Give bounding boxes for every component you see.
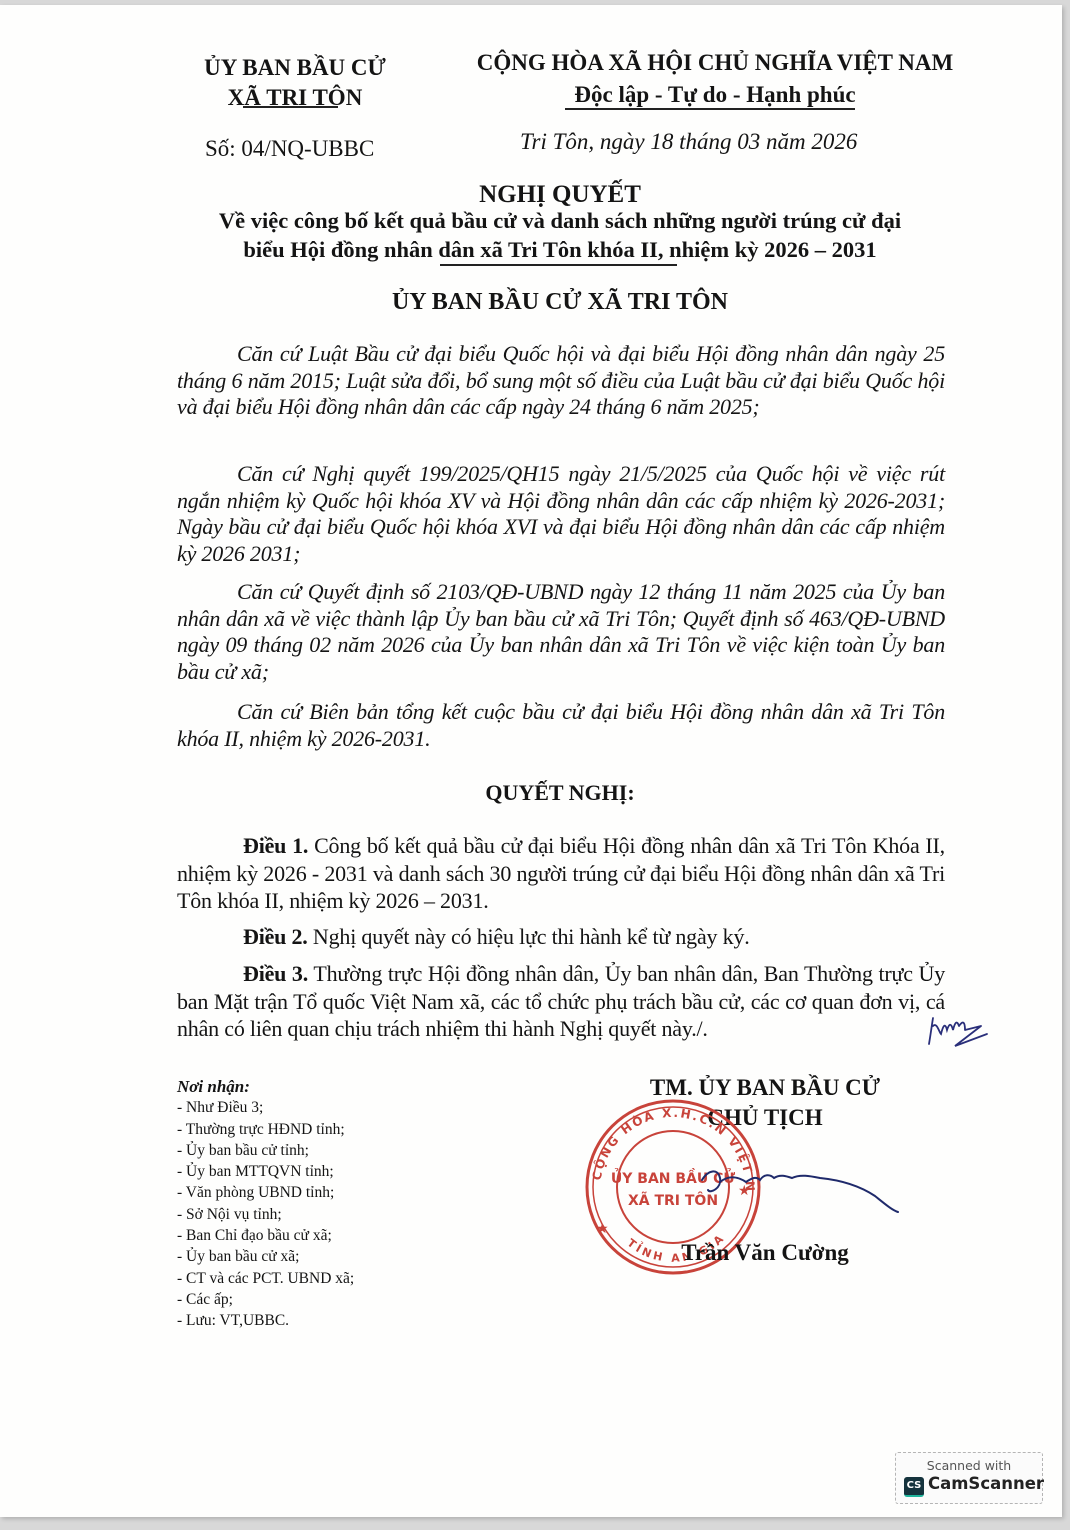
- title-underline: [440, 264, 677, 266]
- document-number: Số: 04/NQ-UBBC: [205, 136, 374, 162]
- recipients-heading: Nơi nhận:: [177, 1076, 354, 1097]
- issuing-body-heading: ỦY BAN BẦU CỬ XÃ TRI TÔN: [150, 289, 970, 316]
- article-2: Điều 2. Nghị quyết này có hiệu lực thi h…: [177, 923, 945, 951]
- legal-basis-3: Căn cứ Quyết định số 2103/QĐ-UBND ngày 1…: [177, 579, 945, 685]
- recipient-item: - Ban Chỉ đạo bầu cử xã;: [177, 1225, 354, 1246]
- recipient-item: - Các ấp;: [177, 1289, 354, 1310]
- org-line-2: XÃ TRI TÔN: [150, 83, 440, 113]
- handwritten-signature-icon: [700, 1160, 900, 1215]
- article-3: Điều 3. Thường trực Hội đồng nhân dân, Ủ…: [177, 960, 945, 1043]
- article-text: Nghị quyết này có hiệu lực thi hành kể t…: [308, 924, 750, 949]
- motto-underline: [565, 108, 855, 110]
- document-page: ỦY BAN BẦU CỬ XÃ TRI TÔN CỘNG HÒA XÃ HỘI…: [0, 5, 1062, 1517]
- recipient-item: - Ủy ban MTTQVN tỉnh;: [177, 1161, 354, 1182]
- legal-basis-1: Căn cứ Luật Bầu cử đại biểu Quốc hội và …: [177, 341, 945, 421]
- place-and-date: Tri Tôn, ngày 18 tháng 03 năm 2026: [520, 129, 857, 155]
- recipients-list: Nơi nhận: - Như Điều 3; - Thường trực HĐ…: [177, 1076, 354, 1332]
- org-line-1: ỦY BAN BẦU CỬ: [150, 53, 440, 83]
- signer-name: Trần Văn Cường: [560, 1240, 970, 1266]
- subject-line-1: Về việc công bố kết quả bầu cử và danh s…: [150, 206, 970, 235]
- recipient-item: - Lưu: VT,UBBC.: [177, 1310, 354, 1331]
- article-label: Điều 2.: [243, 924, 308, 949]
- article-label: Điều 3.: [243, 961, 308, 986]
- camscanner-logo-icon: CS: [904, 1477, 924, 1497]
- legal-basis-text: Căn cứ Luật Bầu cử đại biểu Quốc hội và …: [177, 341, 945, 419]
- recipient-item: - Văn phòng UBND tỉnh;: [177, 1182, 354, 1203]
- svg-text:★: ★: [596, 1222, 609, 1237]
- subject-line-2: biểu Hội đồng nhân dân xã Tri Tôn khóa I…: [150, 235, 970, 264]
- issuing-organization: ỦY BAN BẦU CỬ XÃ TRI TÔN: [150, 53, 440, 113]
- recipient-item: - Sở Nội vụ tỉnh;: [177, 1204, 354, 1225]
- watermark-brand: CamScanner: [928, 1474, 1044, 1493]
- article-1: Điều 1. Công bố kết quả bầu cử đại biểu …: [177, 832, 945, 915]
- recipient-item: - Ủy ban bầu cử xã;: [177, 1246, 354, 1267]
- handwritten-initial-icon: [925, 1012, 990, 1048]
- motto: Độc lập - Tự do - Hạnh phúc: [455, 79, 975, 111]
- recipient-item: - Như Điều 3;: [177, 1097, 354, 1118]
- decision-heading: QUYẾT NGHỊ:: [150, 780, 970, 806]
- watermark-caption: Scanned with: [896, 1458, 1042, 1473]
- document-type: NGHỊ QUYẾT: [150, 181, 970, 209]
- recipient-item: - Thường trực HĐND tỉnh;: [177, 1119, 354, 1140]
- legal-basis-4: Căn cứ Biên bản tổng kết cuộc bầu cử đại…: [177, 699, 945, 752]
- org-underline: [243, 106, 338, 108]
- camscanner-watermark: Scanned with CS CamScanner: [895, 1452, 1043, 1504]
- legal-basis-text: Căn cứ Biên bản tổng kết cuộc bầu cử đại…: [177, 699, 945, 751]
- recipient-item: - Ủy ban bầu cử tỉnh;: [177, 1140, 354, 1161]
- country-name: CỘNG HÒA XÃ HỘI CHỦ NGHĨA VIỆT NAM: [455, 47, 975, 79]
- article-label: Điều 1.: [243, 833, 308, 858]
- national-motto: CỘNG HÒA XÃ HỘI CHỦ NGHĨA VIỆT NAM Độc l…: [455, 47, 975, 111]
- legal-basis-2: Căn cứ Nghị quyết 199/2025/QH15 ngày 21/…: [177, 461, 945, 567]
- document-subject: Về việc công bố kết quả bầu cử và danh s…: [150, 206, 970, 264]
- legal-basis-text: Căn cứ Nghị quyết 199/2025/QH15 ngày 21/…: [177, 461, 945, 566]
- legal-basis-text: Căn cứ Quyết định số 2103/QĐ-UBND ngày 1…: [177, 579, 945, 684]
- recipient-item: - CT và các PCT. UBND xã;: [177, 1268, 354, 1289]
